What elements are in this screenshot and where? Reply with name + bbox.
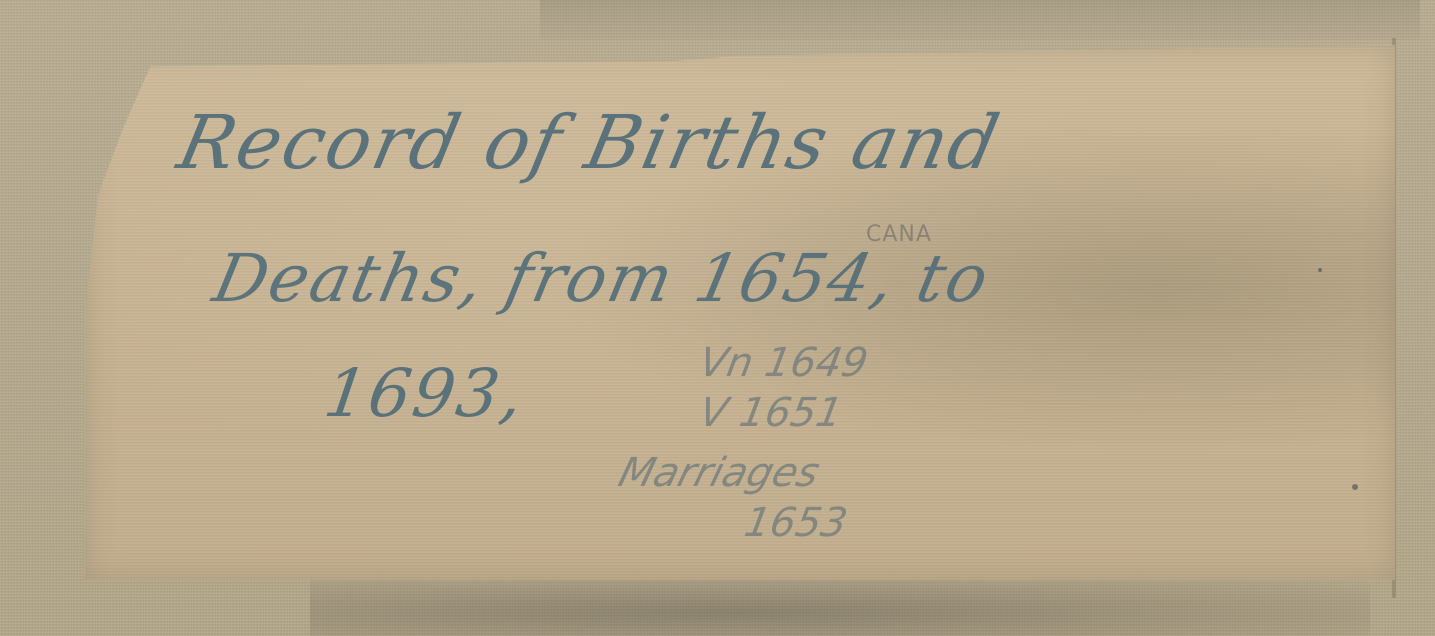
top-stain [540,0,1420,40]
heading-line-3: 1693, [320,355,530,432]
bottom-stain [310,578,1370,636]
ink-spot [1318,268,1322,272]
pencil-note-3: Marriages [614,450,825,496]
pencil-note-1: Vn 1649 [696,340,871,386]
heading-line-1: Record of Births and [171,100,1008,186]
pencil-note-2: V 1651 [696,390,846,436]
ink-spot [1352,484,1358,490]
heading-line-2: Deaths, from 1654, to [207,240,997,317]
pencil-note-4: 1653 [741,500,851,546]
faded-stamp: CANA [866,222,932,247]
